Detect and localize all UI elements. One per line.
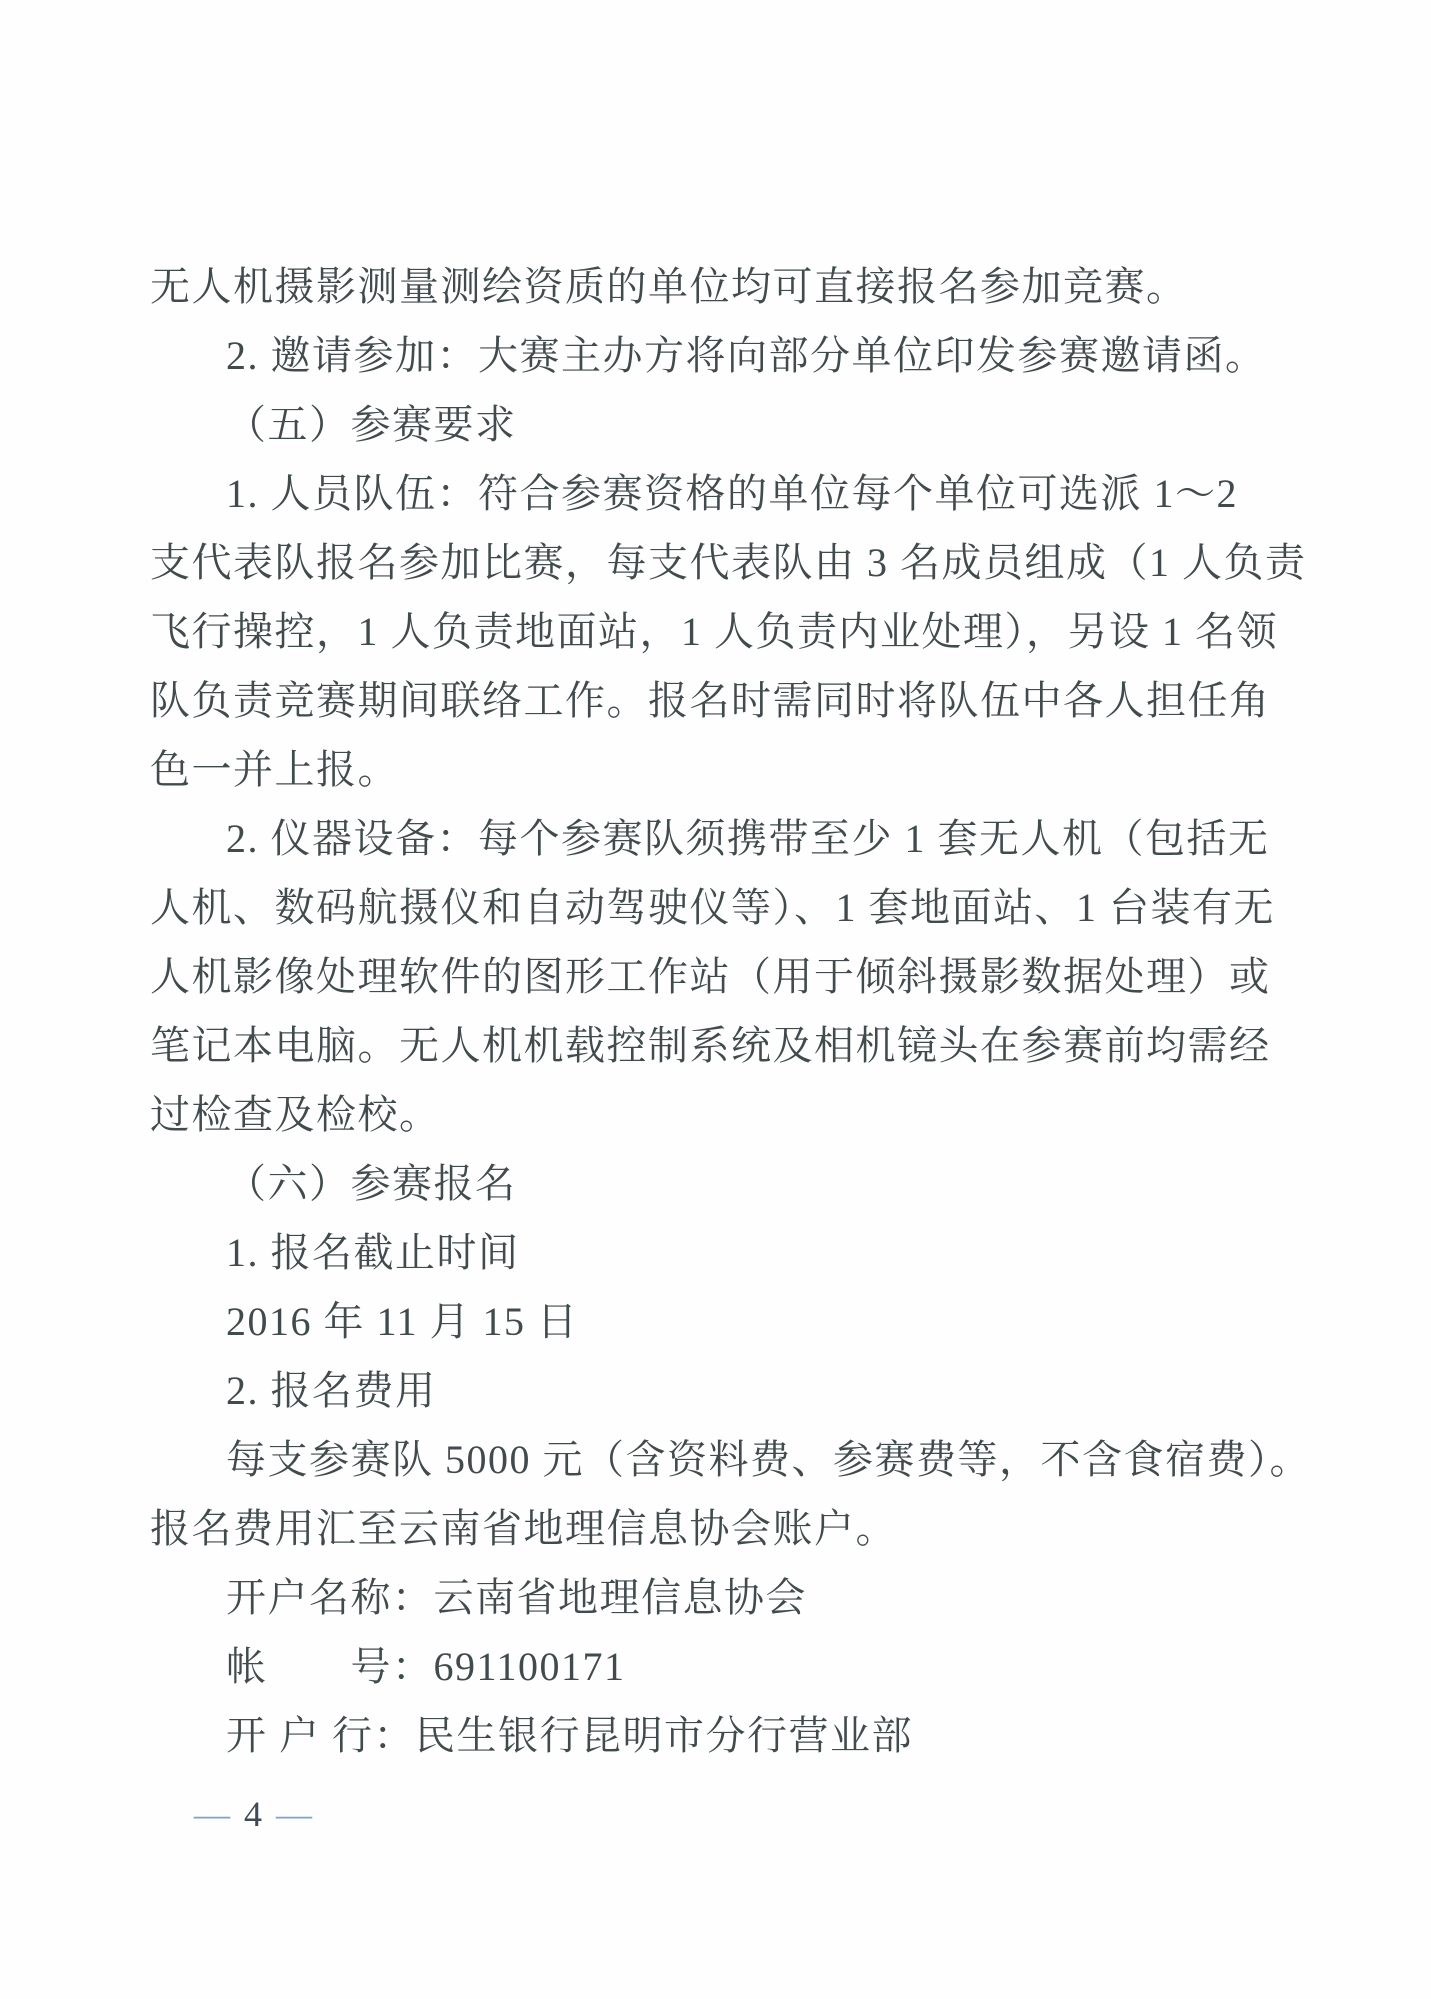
text-line: 色一并上报。 [150, 735, 1245, 804]
text-line: 人机、数码航摄仪和自动驾驶仪等）、1 套地面站、1 台装有无 [150, 873, 1245, 942]
text-line: 报名费用汇至云南省地理信息协会账户。 [150, 1494, 1245, 1563]
text-line: 过检查及检校。 [150, 1080, 1245, 1149]
text-line: 无人机摄影测量测绘资质的单位均可直接报名参加竞赛。 [150, 252, 1245, 321]
text-line: 每支参赛队 5000 元（含资料费、参赛费等，不含食宿费）。 [150, 1425, 1245, 1494]
text-line: 2. 邀请参加：大赛主办方将向部分单位印发参赛邀请函。 [150, 321, 1245, 390]
text-line: 笔记本电脑。无人机机载控制系统及相机镜头在参赛前均需经 [150, 1011, 1245, 1080]
account-name-line: 开户名称：云南省地理信息协会 [150, 1563, 1245, 1632]
page-number-dash-left: — [194, 1796, 230, 1832]
document-body: 无人机摄影测量测绘资质的单位均可直接报名参加竞赛。 2. 邀请参加：大赛主办方将… [150, 252, 1245, 1770]
text-line: 队负责竞赛期间联络工作。报名时需同时将队伍中各人担任角 [150, 666, 1245, 735]
page-footer: — 4 — [194, 1796, 312, 1832]
text-line: 支代表队报名参加比赛，每支代表队由 3 名成员组成（1 人负责 [150, 528, 1245, 597]
text-line: 2. 报名费用 [150, 1356, 1245, 1425]
text-line: 飞行操控，1 人负责地面站，1 人负责内业处理），另设 1 名领 [150, 597, 1245, 666]
text-line: 1. 人员队伍：符合参赛资格的单位每个单位可选派 1～2 [150, 459, 1245, 528]
page-number: 4 [244, 1796, 262, 1832]
section-heading: （五）参赛要求 [150, 390, 1245, 459]
bank-branch-line: 开 户 行：民生银行昆明市分行营业部 [150, 1701, 1245, 1770]
text-line: 2. 仪器设备：每个参赛队须携带至少 1 套无人机（包括无 [150, 804, 1245, 873]
text-line: 2016 年 11 月 15 日 [150, 1287, 1245, 1356]
page-number-dash-right: — [276, 1796, 312, 1832]
account-number-line: 帐 号：691100171 [150, 1632, 1245, 1701]
section-heading: （六）参赛报名 [150, 1149, 1245, 1218]
document-page: 无人机摄影测量测绘资质的单位均可直接报名参加竞赛。 2. 邀请参加：大赛主办方将… [0, 0, 1431, 1999]
text-line: 人机影像处理软件的图形工作站（用于倾斜摄影数据处理）或 [150, 942, 1245, 1011]
text-line: 1. 报名截止时间 [150, 1218, 1245, 1287]
